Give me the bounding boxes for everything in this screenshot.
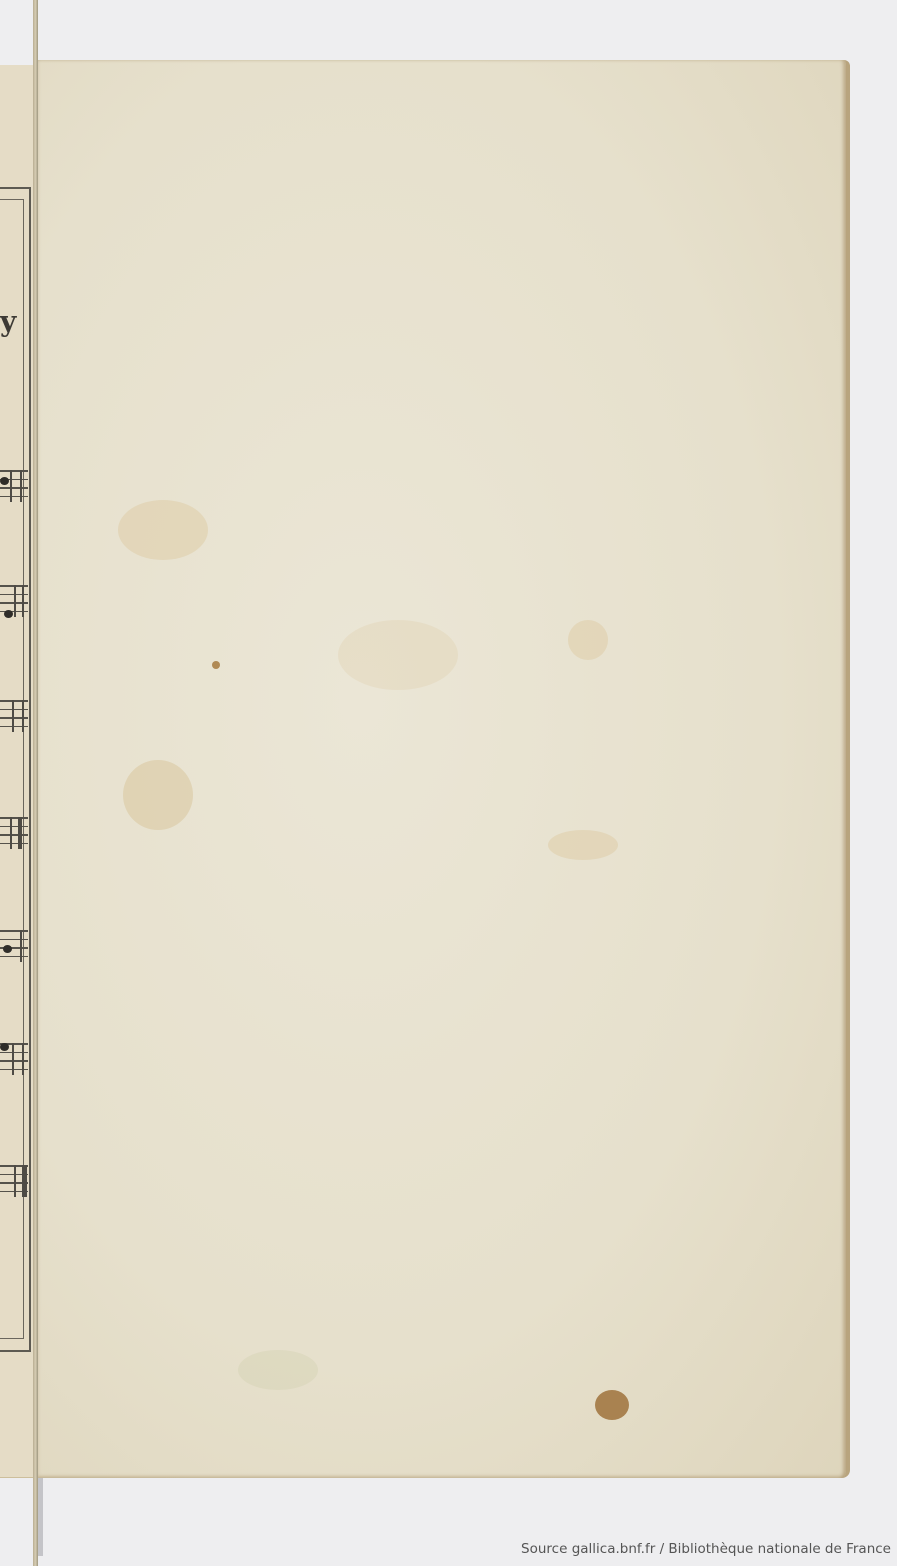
title-letter-fragment: y [0,305,16,338]
foxing-stain [238,1350,318,1390]
facing-page-fragment: y [0,65,36,1478]
music-staff [0,700,28,734]
ink-spot [595,1390,629,1420]
gutter-shadow [38,1478,43,1556]
music-staff [0,1165,28,1199]
foxing-stain [123,760,193,830]
foxing-stain [338,620,458,690]
music-note [4,610,13,618]
music-staff [0,470,28,504]
music-staff [0,817,28,851]
blank-page [38,60,850,1478]
foxing-stain [548,830,618,860]
foxing-stain [568,620,608,660]
foxing-stain [118,500,208,560]
ink-spot [212,661,220,669]
scanned-document-view: y Source gallica.bnf.fr / Bibliothèque n… [0,0,897,1566]
music-note [3,945,12,953]
music-note [0,1043,9,1051]
source-attribution: Source gallica.bnf.fr / Bibliothèque nat… [521,1541,891,1557]
music-note [0,477,9,485]
